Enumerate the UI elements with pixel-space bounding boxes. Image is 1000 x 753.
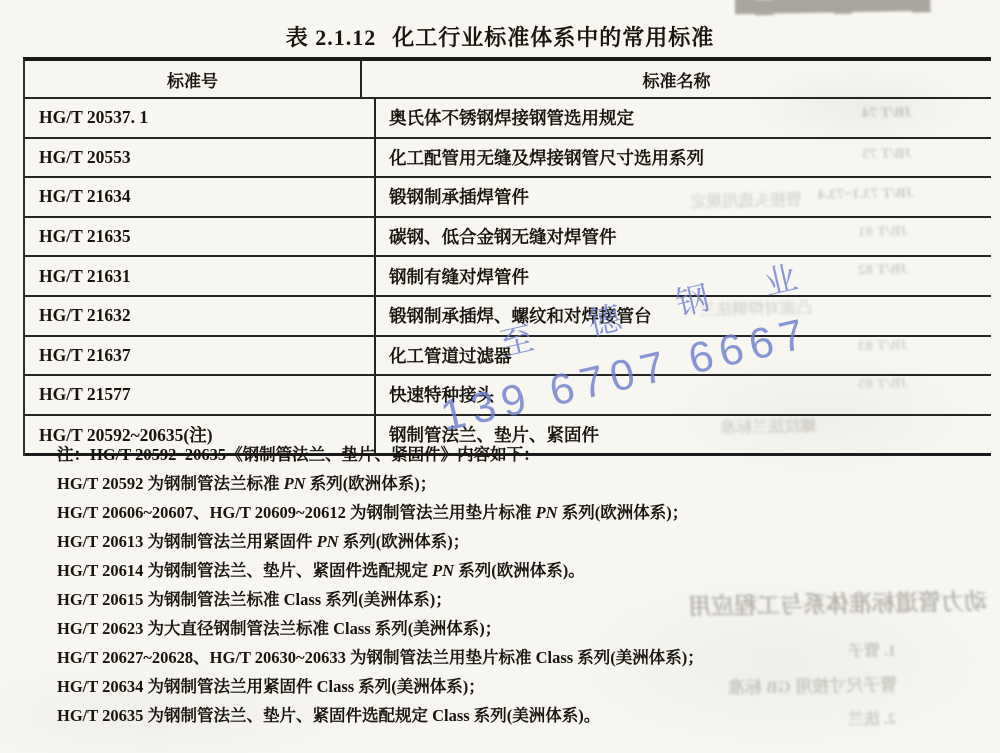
table-number: 表 2.1.12 — [286, 25, 377, 50]
table-header-row: 标准号 标准名称 — [25, 61, 991, 99]
series-designation: PN — [536, 503, 558, 522]
note-text: 系列(欧洲体系)； — [339, 532, 470, 551]
table-row: HG/T 21631钢制有缝对焊管件 — [25, 257, 991, 297]
note-text: HG/T 20623 为大直径钢制管法兰标准 Class 系列(美洲体系)； — [57, 619, 501, 638]
note-text: 系列(欧洲体系)； — [306, 474, 437, 493]
note-line: 注：HG/T 20592~20635《钢制管法兰、垫片、紧固件》内容如下： — [57, 440, 967, 469]
standards-table-body: HG/T 20537. 1奥氏体不锈钢焊接钢管选用规定HG/T 20553化工配… — [25, 99, 991, 456]
table-row: HG/T 21577快速特种接头 — [25, 376, 991, 416]
page-title: 表 2.1.12化工行业标准体系中的常用标准 — [0, 21, 1000, 52]
note-text: 系列(欧洲体系)； — [558, 503, 689, 522]
note-line: HG/T 20627~20628、HG/T 20630~20633 为钢制管法兰… — [57, 643, 967, 672]
note-text: HG/T 20634 为钢制管法兰用紧固件 Class 系列(美洲体系)； — [57, 677, 485, 696]
cell-standard-name: 锻钢制承插焊、螺纹和对焊接管台 — [376, 297, 991, 335]
cell-standard-name: 碳钢、低合金钢无缝对焊管件 — [376, 218, 991, 256]
note-line: HG/T 20592 为钢制管法兰标准 PN 系列(欧洲体系)； — [57, 469, 967, 498]
cell-standard-name: 奥氏体不锈钢焊接钢管选用规定 — [376, 99, 991, 137]
cell-standard-code: HG/T 21631 — [25, 257, 376, 295]
note-text: HG/T 20627~20628、HG/T 20630~20633 为钢制管法兰… — [57, 648, 704, 667]
series-designation: PN — [432, 561, 454, 580]
cell-standard-name: 快速特种接头 — [376, 376, 991, 414]
note-text: HG/T 20592 为钢制管法兰标准 — [57, 474, 284, 493]
note-line: HG/T 20613 为钢制管法兰用紧固件 PN 系列(欧洲体系)； — [57, 527, 967, 556]
cell-standard-code: HG/T 21577 — [25, 376, 376, 414]
cell-standard-code: HG/T 21634 — [25, 178, 376, 216]
cell-standard-code: HG/T 21632 — [25, 297, 376, 335]
note-line: HG/T 20635 为钢制管法兰、垫片、紧固件选配规定 Class 系列(美洲… — [57, 701, 967, 730]
standards-table: 标准号 标准名称 HG/T 20537. 1奥氏体不锈钢焊接钢管选用规定HG/T… — [23, 57, 991, 456]
cell-standard-name: 钢制有缝对焊管件 — [376, 257, 991, 295]
ghost-mark: ▄▆▅▆▄▅▆▅▄▆ — [735, 0, 931, 15]
column-header-standard-name: 标准名称 — [362, 61, 991, 97]
note-text: HG/T 20613 为钢制管法兰用紧固件 — [57, 532, 317, 551]
table-row: HG/T 21637化工管道过滤器 — [25, 337, 991, 377]
note-text: HG/T 20615 为钢制管法兰标准 Class 系列(美洲体系)； — [57, 590, 452, 609]
table-title-text: 化工行业标准体系中的常用标准 — [392, 25, 714, 50]
table-row: HG/T 20553化工配管用无缝及焊接钢管尺寸选用系列 — [25, 139, 991, 179]
cell-standard-code: HG/T 20537. 1 — [25, 99, 376, 137]
series-designation: PN — [317, 532, 339, 551]
table-row: HG/T 21634锻钢制承插焊管件 — [25, 178, 991, 218]
cell-standard-code: HG/T 21635 — [25, 218, 376, 256]
cell-standard-code: HG/T 21637 — [25, 337, 376, 375]
note-text: 系列(欧洲体系)。 — [454, 561, 585, 580]
series-designation: PN — [284, 474, 306, 493]
note-text: HG/T 20606~20607、HG/T 20609~20612 为钢制管法兰… — [57, 503, 536, 522]
cell-standard-name: 锻钢制承插焊管件 — [376, 178, 991, 216]
note-line: HG/T 20623 为大直径钢制管法兰标准 Class 系列(美洲体系)； — [57, 614, 967, 643]
cell-standard-name: 化工配管用无缝及焊接钢管尺寸选用系列 — [376, 139, 991, 177]
note-text: HG/T 20614 为钢制管法兰、垫片、紧固件选配规定 — [57, 561, 432, 580]
note-line: HG/T 20615 为钢制管法兰标准 Class 系列(美洲体系)； — [57, 585, 967, 614]
cell-standard-name: 化工管道过滤器 — [376, 337, 991, 375]
note-text: 注：HG/T 20592~20635《钢制管法兰、垫片、紧固件》内容如下： — [57, 445, 540, 464]
table-row: HG/T 21632锻钢制承插焊、螺纹和对焊接管台 — [25, 297, 991, 337]
notes-section: 注：HG/T 20592~20635《钢制管法兰、垫片、紧固件》内容如下：HG/… — [57, 440, 967, 730]
table-row: HG/T 20537. 1奥氏体不锈钢焊接钢管选用规定 — [25, 99, 991, 139]
note-line: HG/T 20634 为钢制管法兰用紧固件 Class 系列(美洲体系)； — [57, 672, 967, 701]
table-row: HG/T 21635碳钢、低合金钢无缝对焊管件 — [25, 218, 991, 258]
scanned-document-page: 表 2.1.12化工行业标准体系中的常用标准 标准号 标准名称 HG/T 205… — [0, 0, 1000, 753]
note-line: HG/T 20614 为钢制管法兰、垫片、紧固件选配规定 PN 系列(欧洲体系)… — [57, 556, 967, 585]
column-header-standard-code: 标准号 — [25, 61, 362, 97]
cell-standard-code: HG/T 20553 — [25, 139, 376, 177]
note-line: HG/T 20606~20607、HG/T 20609~20612 为钢制管法兰… — [57, 498, 967, 527]
note-text: HG/T 20635 为钢制管法兰、垫片、紧固件选配规定 Class 系列(美洲… — [57, 706, 600, 725]
